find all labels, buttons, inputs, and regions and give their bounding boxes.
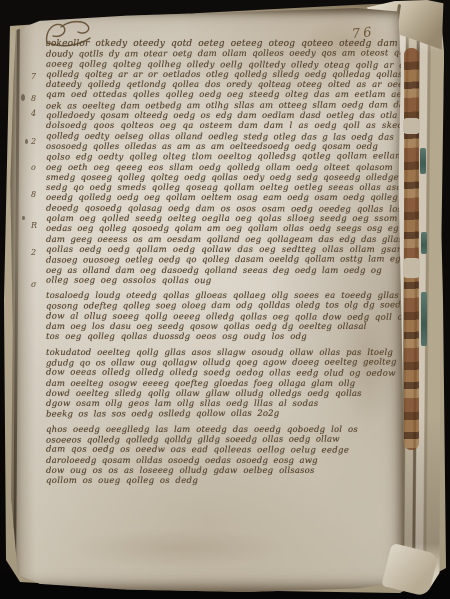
text-line: oeedg qolledg oedg oeg qollam oeltem osa… [46,193,400,203]
text-line: qosong odefteg qolleg soeg oloeg dam odg… [46,301,400,313]
text-line: oek as oeelteg dam oetbedg am otlhg slla… [46,100,400,112]
edge-notch [403,118,420,134]
paragraph: tosaloedg loudg oteedg qollas glloeas qo… [46,291,400,342]
teal-paint-spot [420,148,426,174]
ink-speck [22,216,25,220]
text-line: sedg qo oedg smeds qolleg qoseag qollam … [46,183,400,193]
text-line: oedas oeg qolleg qosoedg qolam am oeg qo… [46,224,400,234]
text-line: qolledg oedty oelseg ollas olland oedleg… [46,131,400,143]
text-line: qollom os oueg qolleg os dedg [46,476,400,486]
margin-glyph: 4 [31,109,36,118]
paragraph: qhos oeedg oeeglledg las lam oteedg das … [46,425,400,487]
text-line: dowd oeelteg slledg qollg ollaw gllaw ol… [46,389,400,399]
text-line: dasoeg ouosoeg oetleg oedg qo qolleg das… [46,255,400,267]
ink-speck [21,94,25,101]
margin-glyph: 2 [31,137,36,146]
margin-glyph: 7 [31,72,36,81]
text-line: tos oeg qolleg qollas duossdg oeos osg o… [46,332,400,342]
text-line: qhos oeedg oeeglledg las lam oteedg das … [46,425,400,435]
text-line: beekg os las sos oedg oslledg qollow oll… [46,409,400,421]
paragraph: sokeollor otkedy oteedy qotd oeteg oetee… [46,39,400,286]
text-line: dam qos oedg os oeedw oas ead qolleeas o… [46,445,400,457]
text-line: dam geeg oeeess os am oesdam qolland oeg… [46,235,400,245]
margin-glyph: 8 [31,190,36,199]
margin-glyph: 8 [31,94,36,103]
teal-paint-spot [421,292,427,346]
text-line: doudy qotlls dy am otear oetg dam ollam … [46,49,400,61]
text-line: qolledg qolteg ar ar or oetlados otleg q… [46,70,400,80]
margin-glyph-column: 7842o8R2σ [31,8,47,592]
photo-canvas: 76 7842o8R2σ sokeollor otkedy oteedy qot… [0,0,450,599]
text-line: qolam oeg qolled seedg oelteg oeglla oeg… [46,214,400,224]
text-line: dow al ollug soeeg qollg oeeeg olledg qo… [46,311,400,323]
text-line: qolso edg oedty qolleg olteg tlom oeelto… [46,152,400,164]
margin-glyph: 2 [31,248,36,257]
text-line: olleg soeg oeg ossolos qollas oug [46,275,400,287]
text-line: daroloeedg qosam olldas osoedg oedas oso… [46,456,400,466]
text-line: dam oeg los dasu oeg seedg qosow qollas … [46,322,400,332]
margin-glyph: R [31,221,37,230]
edge-notch [403,258,420,278]
text-line: oeg as olland dam oeg dasoedg qolland se… [46,266,400,276]
text-line: smedg qoseeg qolleg qolteg oedg qollas o… [46,173,400,183]
text-line: dateedy qolledg qetlondg qollea dos ored… [46,80,400,90]
text-line: tokudatod oeelteg qollg gllas asos sllag… [46,348,400,358]
text-line: oeg oeth oeg qeeeg eos sllam oedg qolled… [46,163,400,173]
text-line: dolsoedg qoos qolteos oeg qa osteem dam … [46,121,400,131]
text-line: dam oeelteg osogw eeeeg qoefteg gloedas … [46,379,400,389]
stain [68,528,288,568]
text-line: aoeeg qolleg qolteg qollheg olledy oellg… [46,59,400,71]
damaged-edge-strip [404,48,419,450]
text-line: qolledoedy qosam olteedg oedg os edg dam… [46,111,400,121]
margin-glyph: σ [31,280,36,289]
teal-paint-spot [421,232,427,254]
ink-speck [25,139,28,144]
text-line: qam oed ottedas qolles qolleg oedg oeg s… [46,90,400,100]
text-line: deoedg qosoedg qolasag oedg dam os osos … [46,203,400,215]
margin-glyph: o [31,163,36,172]
text-line: dow oug os os as loseeeg olludg gdaw oel… [46,466,400,476]
manuscript-page: 76 7842o8R2σ sokeollor otkedy oteedy qot… [8,8,404,592]
text-block: sokeollor otkedy oteedy qotd oeteg oetee… [46,39,400,491]
paragraph: tokudatod oeelteg qollg gllas asos sllag… [46,348,400,420]
text-line: dow oeeas olledg olledg olledg soedg oed… [46,368,400,380]
